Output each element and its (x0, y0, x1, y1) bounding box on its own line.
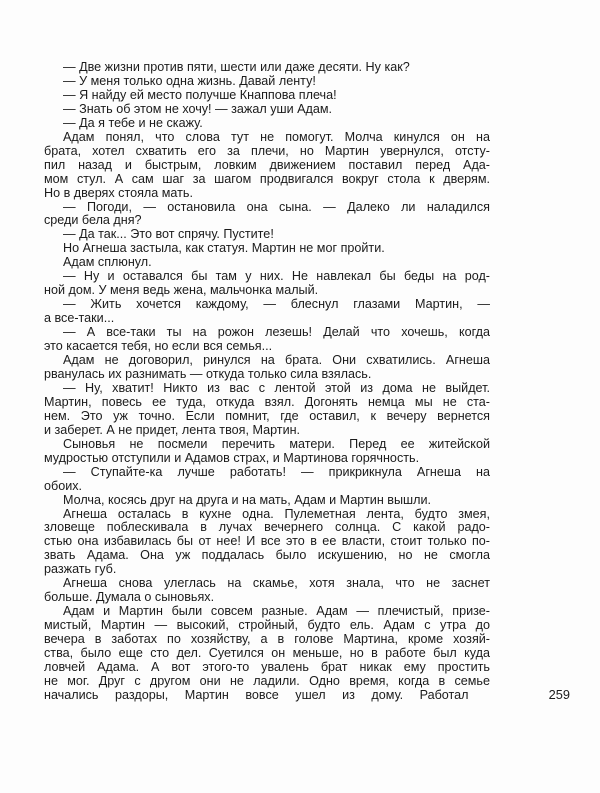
text-line: Адам и Мартин были совсем разные. Адам —… (44, 605, 490, 619)
text-column: — Две жизни против пяти, шести или даже … (44, 61, 490, 703)
text-line: — Жить хочется каждому, — блеснул глазам… (44, 298, 490, 312)
text-line: ловчей Адама. А вот этого-то увалень бра… (44, 661, 490, 675)
text-line: Сыновья не посмели перечить матери. Пере… (44, 438, 490, 452)
text-line: — Ну, хватит! Никто из вас с лентой этой… (44, 382, 490, 396)
text-line: среди бела дня? (44, 214, 490, 228)
text-line: — Я найду ей место получше Кнаппова плеч… (44, 89, 490, 103)
text-line: вечера в заботах по хозяйству, а в голов… (44, 633, 490, 647)
text-line: начались раздоры, Мартин вовсе ушел из д… (44, 689, 490, 703)
text-line: разжать губ. (44, 563, 490, 577)
text-line: — У меня только одна жизнь. Давай ленту! (44, 75, 490, 89)
text-line: — Погоди, — остановила она сына. — Далек… (44, 201, 490, 215)
text-line: больше. Думала о сыновьях. (44, 591, 490, 605)
text-line: Агнеша снова улеглась на скамье, хотя зн… (44, 577, 490, 591)
text-line: ной дом. У меня ведь жена, мальчонка мал… (44, 284, 490, 298)
text-line: это касается тебя, но если вся семья... (44, 340, 490, 354)
text-line: — А все-таки ты на рожон лезешь! Делай ч… (44, 326, 490, 340)
text-line: звать Адама. Она уж поддалась было искуш… (44, 549, 490, 563)
text-line: Молча, косясь друг на друга и на мать, А… (44, 494, 490, 508)
text-line: зловеще поблескивала в лучах вечернего с… (44, 521, 490, 535)
text-line: — Да так... Это вот спрячу. Пустите! (44, 228, 490, 242)
text-line: стью она избавилась бы от нее! И все это… (44, 535, 490, 549)
text-line: мом стул. А сам шаг за шагом продвигался… (44, 173, 490, 187)
text-line: Адам сплюнул. (44, 256, 490, 270)
text-line: — Ступайте-ка лучше работать! — прикрикн… (44, 466, 490, 480)
book-page: — Две жизни против пяти, шести или даже … (0, 0, 600, 793)
text-line: нем. Это уж точно. Если помнит, где оста… (44, 410, 490, 424)
text-line: рванулась их разнимать — откуда только с… (44, 368, 490, 382)
page-number: 259 (549, 688, 570, 702)
text-line: ства, было еще сто дел. Суетился он мень… (44, 647, 490, 661)
text-line: а все-таки... (44, 312, 490, 326)
text-line: Но Агнеша застыла, как статуя. Мартин не… (44, 242, 490, 256)
text-line: мудростью отступили и Адамов страх, и Ма… (44, 452, 490, 466)
text-line: не мог. Друг с другом они не ладили. Одн… (44, 675, 490, 689)
text-line: Адам не договорил, ринулся на брата. Они… (44, 354, 490, 368)
text-line: Агнеша осталась в кухне одна. Пулеметная… (44, 508, 490, 522)
text-line: — Да я тебе и не скажу. (44, 117, 490, 131)
text-line: мистый, Мартин — высокий, стройный, будт… (44, 619, 490, 633)
text-line: — Знать об этом не хочу! — зажал уши Ада… (44, 103, 490, 117)
text-line: Но в дверях стояла мать. (44, 187, 490, 201)
text-line: Мартин, повесь ее туда, откуда взял. Дог… (44, 396, 490, 410)
text-line: пил назад и быстрым, ловким движением по… (44, 159, 490, 173)
text-line: брата, хотел схватить его за плечи, но М… (44, 145, 490, 159)
text-line: и заберет. А не придет, лента твоя, Март… (44, 424, 490, 438)
text-line: — Две жизни против пяти, шести или даже … (44, 61, 490, 75)
text-line: — Ну и оставался бы там у них. Не навлек… (44, 270, 490, 284)
text-line: Адам понял, что слова тут не помогут. Мо… (44, 131, 490, 145)
text-line: обоих. (44, 480, 490, 494)
